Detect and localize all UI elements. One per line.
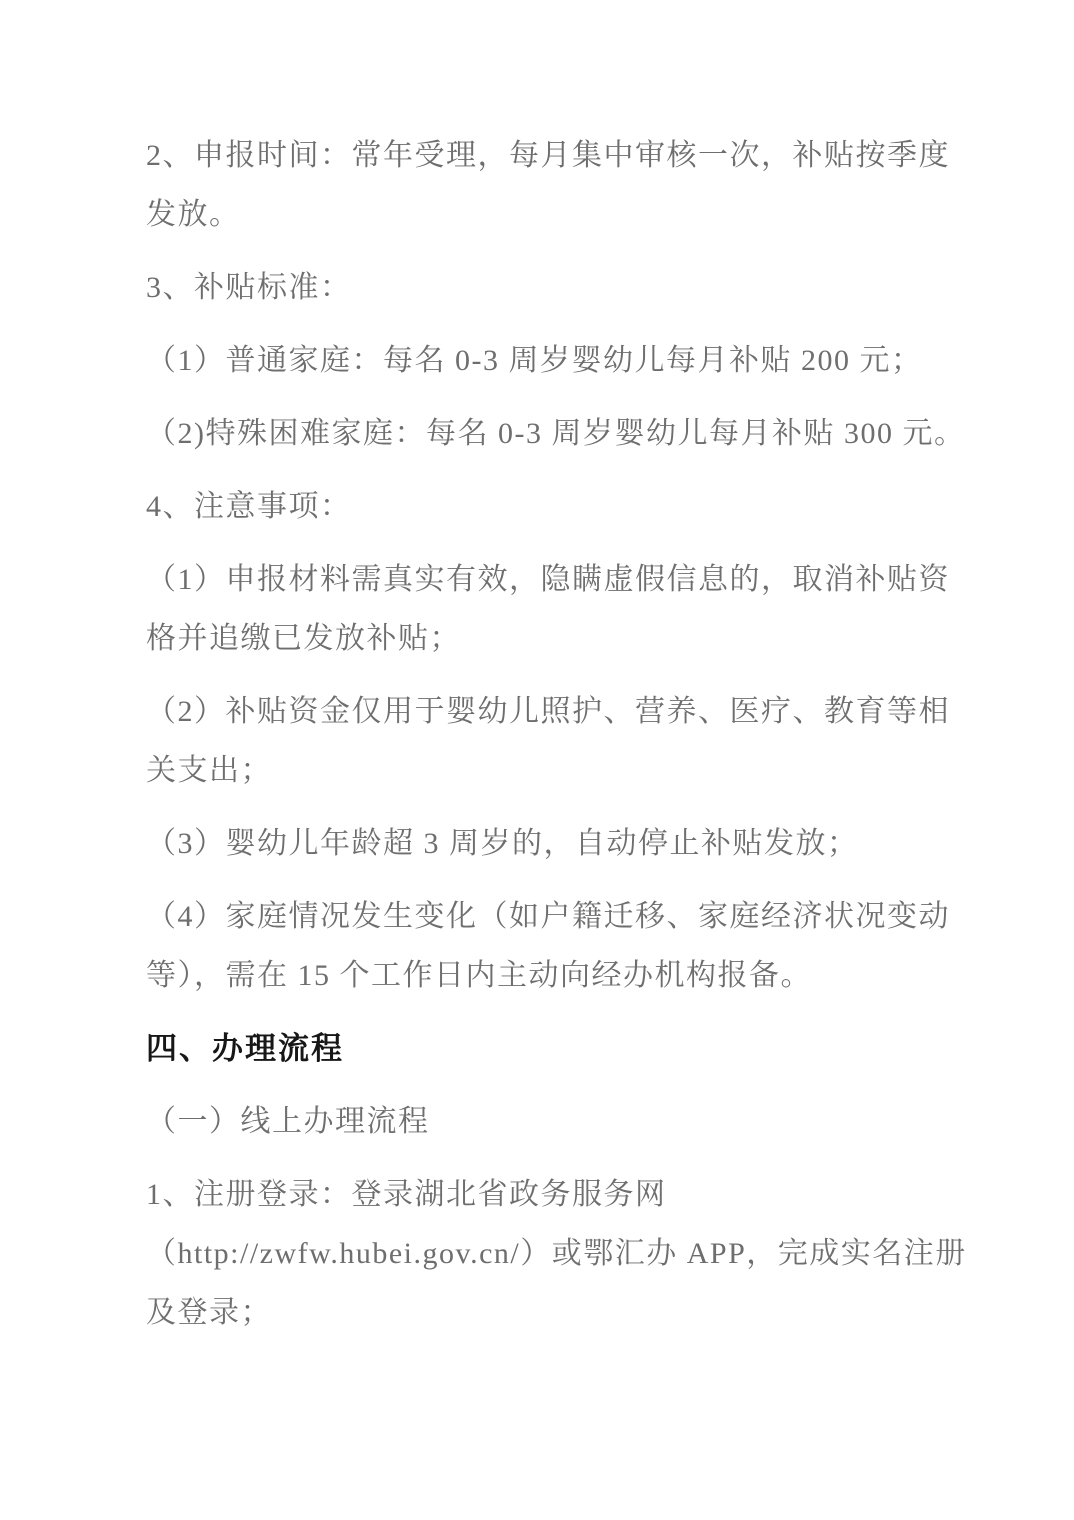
para-butie-biaozhun: 3、补贴标准： [146,258,954,317]
document-page: 2、申报时间：常年受理，每月集中审核一次，补贴按季度发放。3、补贴标准：（1）普… [0,0,1074,1520]
text-line: 关支出； [146,741,954,800]
text-line: 3、补贴标准： [146,258,954,317]
para-putong-jiating: （1）普通家庭：每名 0-3 周岁婴幼儿每月补贴 200 元； [146,331,954,390]
text-line: （3）婴幼儿年龄超 3 周岁的，自动停止补贴发放； [146,814,954,873]
para-note-2: （2）补贴资金仅用于婴幼儿照护、营养、医疗、教育等相关支出； [146,682,954,800]
text-line: 2、申报时间：常年受理，每月集中审核一次，补贴按季度 [146,126,954,185]
text-line: （2）补贴资金仅用于婴幼儿照护、营养、医疗、教育等相 [146,682,954,741]
para-note-1: （1）申报材料需真实有效，隐瞒虚假信息的，取消补贴资格并追缴已发放补贴； [146,550,954,668]
text-line: （1）申报材料需真实有效，隐瞒虚假信息的，取消补贴资 [146,550,954,609]
para-shenbao-shijian: 2、申报时间：常年受理，每月集中审核一次，补贴按季度发放。 [146,126,954,244]
text-line: 及登录； [146,1283,954,1342]
text-line: （1）普通家庭：每名 0-3 周岁婴幼儿每月补贴 200 元； [146,331,954,390]
text-line: 格并追缴已发放补贴； [146,609,954,668]
para-teshu-kunnan-jiating: （2)特殊困难家庭：每名 0-3 周岁婴幼儿每月补贴 300 元。 [146,404,954,463]
text-line: （2)特殊困难家庭：每名 0-3 周岁婴幼儿每月补贴 300 元。 [146,404,954,463]
para-zhuyi-shixiang: 4、注意事项： [146,477,954,536]
text-line: （一）线上办理流程 [146,1092,954,1151]
text-line: 1、注册登录：登录湖北省政务服务网 [146,1165,954,1224]
para-note-4: （4）家庭情况发生变化（如户籍迁移、家庭经济状况变动等），需在 15 个工作日内… [146,887,954,1005]
text-line: 四、办理流程 [146,1019,954,1078]
section-heading-banli-liucheng: 四、办理流程 [146,1019,954,1078]
text-line: 4、注意事项： [146,477,954,536]
text-line: （http://zwfw.hubei.gov.cn/）或鄂汇办 APP，完成实名… [146,1224,954,1283]
para-xianshang-liucheng: （一）线上办理流程 [146,1092,954,1151]
text-line: 等），需在 15 个工作日内主动向经办机构报备。 [146,946,954,1005]
text-line: （4）家庭情况发生变化（如户籍迁移、家庭经济状况变动 [146,887,954,946]
document-body: 2、申报时间：常年受理，每月集中审核一次，补贴按季度发放。3、补贴标准：（1）普… [146,126,954,1342]
text-line: 发放。 [146,185,954,244]
para-zhuce-denglu: 1、注册登录：登录湖北省政务服务网（http://zwfw.hubei.gov.… [146,1165,954,1342]
para-note-3: （3）婴幼儿年龄超 3 周岁的，自动停止补贴发放； [146,814,954,873]
